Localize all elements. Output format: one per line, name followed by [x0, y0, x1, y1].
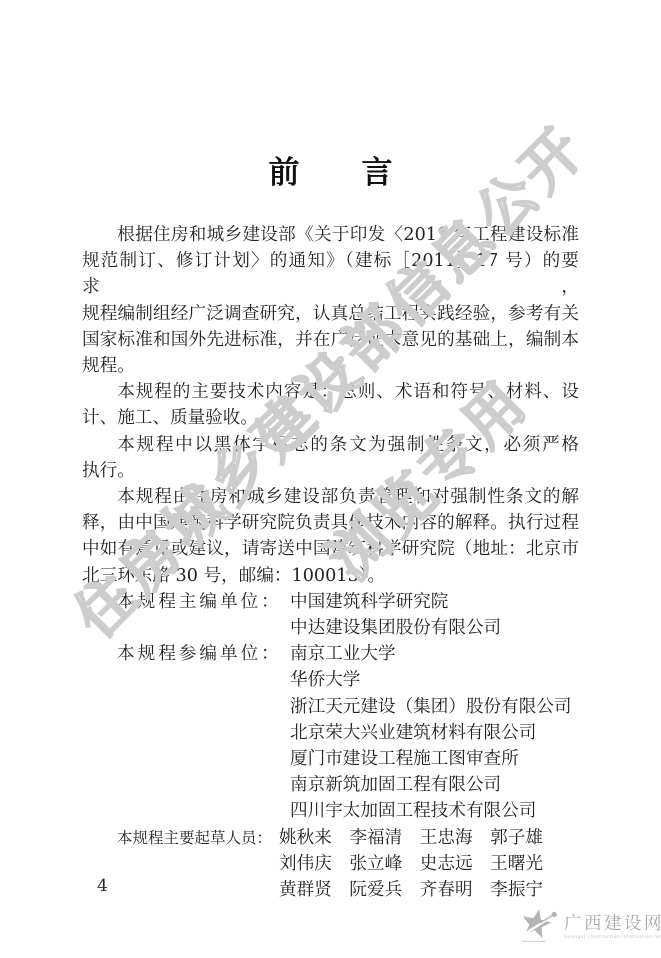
credit-label: 本规程主编单位：: [117, 589, 290, 641]
text-line: 根据住房和城乡建设部《关于印发〈2011 年工程建设标准: [82, 222, 579, 248]
text-line: 北三环东路 30 号，邮编：100013）。: [82, 563, 579, 589]
text-line: 本规程的主要技术内容是：总则、术语和符号、材料、设: [82, 379, 579, 405]
text-line: 本规程中以黑体字标志的条文为强制性条文，必须严格: [82, 432, 579, 458]
page-number: 4: [97, 876, 108, 896]
text-line: 规范制订、修订计划〉的通知》（建标［2011］17 号）的要求，: [82, 248, 579, 300]
credit-row: 本规程参编单位：南京工业大学华侨大学浙江天元建设（集团）股份有限公司北京荣大兴业…: [117, 641, 579, 824]
paragraph-1: 根据住房和城乡建设部《关于印发〈2011 年工程建设标准规范制订、修订计划〉的通…: [82, 222, 579, 379]
credit-item: 中达建设集团股份有限公司: [290, 615, 579, 641]
page-title: 前 言: [0, 147, 661, 192]
paragraph-2: 本规程的主要技术内容是：总则、术语和符号、材料、设计、施工、质量验收。: [82, 379, 579, 431]
credit-item: 刘伟庆 张立峰 史志远 王曙光: [279, 851, 579, 877]
credit-item: 姚秋来 李福清 王忠海 郭子雄: [279, 825, 579, 851]
credit-row: 本规程主要起草人员：姚秋来 李福清 王忠海 郭子雄刘伟庆 张立峰 史志远 王曙光…: [117, 825, 579, 904]
credit-item: 厦门市建设工程施工图审查所: [290, 746, 579, 772]
credit-label: 本规程主要起草人员：: [117, 825, 279, 904]
credit-item: 四川宇太加固工程技术有限公司: [290, 798, 579, 824]
text-line: 执行。: [82, 458, 579, 484]
credit-label: 本规程参编单位：: [117, 641, 290, 824]
text-line: 中如有意见或建议，请寄送中国建筑科学研究院（地址：北京市: [82, 536, 579, 562]
text-line: 计、施工、质量验收。: [82, 405, 579, 431]
credit-item: 南京新筑加固工程有限公司: [290, 772, 579, 798]
text-line: 规程。: [82, 353, 579, 379]
credit-row: 本规程主编单位：中国建筑科学研究院中达建设集团股份有限公司: [117, 589, 579, 641]
credit-items: 姚秋来 李福清 王忠海 郭子雄刘伟庆 张立峰 史志远 王曙光黄群贤 阮爱兵 齐春…: [279, 825, 579, 904]
text-line: 释，由中国建筑科学研究院负责具体技术内容的解释。执行过程: [82, 510, 579, 536]
credit-item: 南京工业大学: [290, 641, 579, 667]
site-subtext: Guangxi construction information network: [564, 935, 661, 940]
credit-item: 华侨大学: [290, 667, 579, 693]
site-logo-text: 广西建设网 Guangxi construction information n…: [564, 914, 661, 940]
text-line: 本规程由住房和城乡建设部负责管理和对强制性条文的解: [82, 484, 579, 510]
document-page: 住房城乡建设部信息公开 浏览专用 前 言 根据住房和城乡建设部《关于印发〈201…: [0, 0, 661, 958]
paragraph-3: 本规程中以黑体字标志的条文为强制性条文，必须严格执行。: [82, 432, 579, 484]
paragraph-4: 本规程由住房和城乡建设部负责管理和对强制性条文的解释，由中国建筑科学研究院负责具…: [82, 484, 579, 589]
credit-item: 北京荣大兴业建筑材料有限公司: [290, 720, 579, 746]
credit-item: 浙江天元建设（集团）股份有限公司: [290, 694, 579, 720]
credit-item: 中国建筑科学研究院: [290, 589, 579, 615]
credit-item: 黄群贤 阮爱兵 齐春明 李振宁: [279, 877, 579, 903]
credit-items: 中国建筑科学研究院中达建设集团股份有限公司: [290, 589, 579, 641]
text-flow: 根据住房和城乡建设部《关于印发〈2011 年工程建设标准规范制订、修订计划〉的通…: [82, 222, 579, 903]
credit-items: 南京工业大学华侨大学浙江天元建设（集团）股份有限公司北京荣大兴业建筑材料有限公司…: [290, 641, 579, 824]
site-logo: 广西建设网 Guangxi construction information n…: [513, 903, 661, 951]
site-name: 广西建设网: [564, 914, 661, 934]
star-swoosh-icon: [513, 903, 559, 951]
text-line: 规程编制组经广泛调查研究，认真总结工程实践经验，参考有关: [82, 301, 579, 327]
text-line: 国家标准和国外先进标准，并在广泛征求意见的基础上，编制本: [82, 327, 579, 353]
